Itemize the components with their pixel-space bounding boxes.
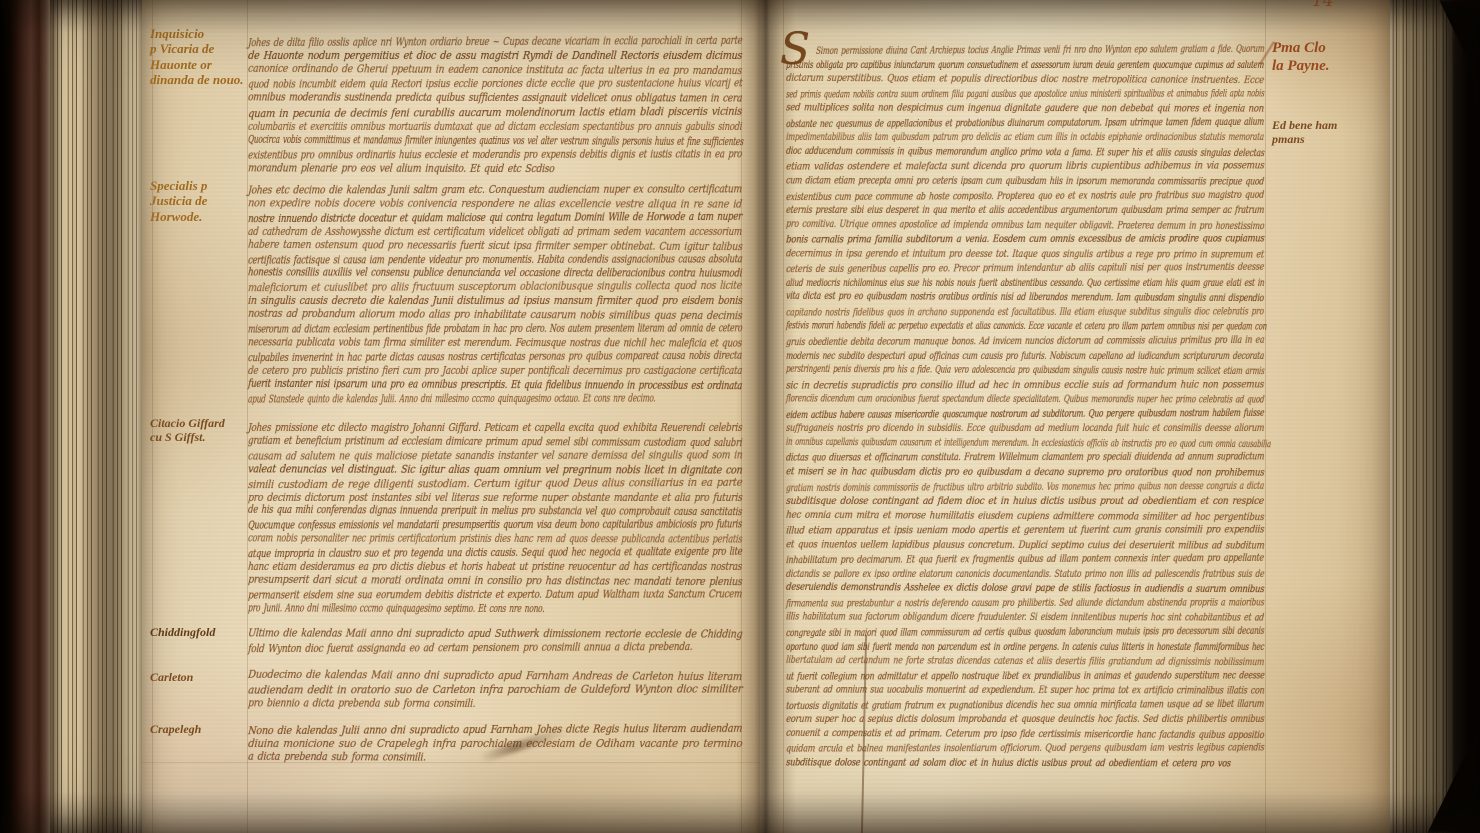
manuscript-photo: Inquisiciop Vicaria deHauonte ordinanda … bbox=[0, 0, 1480, 833]
margin-note: Chiddingfold bbox=[150, 625, 246, 639]
ruling-line bbox=[783, 0, 784, 833]
margin-note: Crapelegh bbox=[150, 722, 246, 736]
left-text-column: Johes de dilta filio osslis aplice nri W… bbox=[248, 0, 742, 833]
manuscript-line: morandum plenarie pro eos vel alium inqu… bbox=[248, 156, 742, 176]
page-edges-right bbox=[1390, 0, 1454, 833]
right-page: 14 Pma Clola Payne.Ed bene hampmans S Si… bbox=[760, 0, 1390, 833]
page-edges-left bbox=[50, 0, 142, 833]
margin-note: Specialis pJusticia deHorwode. bbox=[150, 178, 246, 224]
margin-note: Inquisiciop Vicaria deHauonte ordinanda … bbox=[150, 26, 246, 87]
margin-note: Ed bene hampmans bbox=[1272, 118, 1384, 146]
manuscript-line: apud Stanstede quinto die kalendas Julii… bbox=[248, 386, 742, 406]
manuscript-line: fold Wynton dioc fuerat assignanda eo ad… bbox=[248, 635, 742, 656]
ruling-line bbox=[1265, 0, 1266, 833]
manuscript-line: subditisque dolose contingant ad solam d… bbox=[786, 750, 1264, 770]
left-page: Inquisiciop Vicaria deHauonte ordinanda … bbox=[142, 0, 760, 833]
margin-note: Pma Clola Payne. bbox=[1272, 40, 1384, 75]
margin-note: Citacio Giffardcu S Giffst. bbox=[150, 416, 246, 444]
right-margin-column: Pma Clola Payne.Ed bene hampmans bbox=[1272, 0, 1384, 833]
manuscript-line: pro Junii. Anno dni millesimo cccmo quin… bbox=[248, 596, 742, 616]
background-right bbox=[1454, 0, 1480, 833]
left-margin-column: Inquisiciop Vicaria deHauonte ordinanda … bbox=[150, 0, 246, 833]
right-text-column: S Simon permissione diuina Cant Archiepu… bbox=[786, 0, 1264, 833]
binding-board-left bbox=[0, 0, 50, 833]
margin-note: Carleton bbox=[150, 670, 246, 684]
manuscript-line: pro biennio a dicta prebenda sub forma c… bbox=[248, 692, 742, 712]
